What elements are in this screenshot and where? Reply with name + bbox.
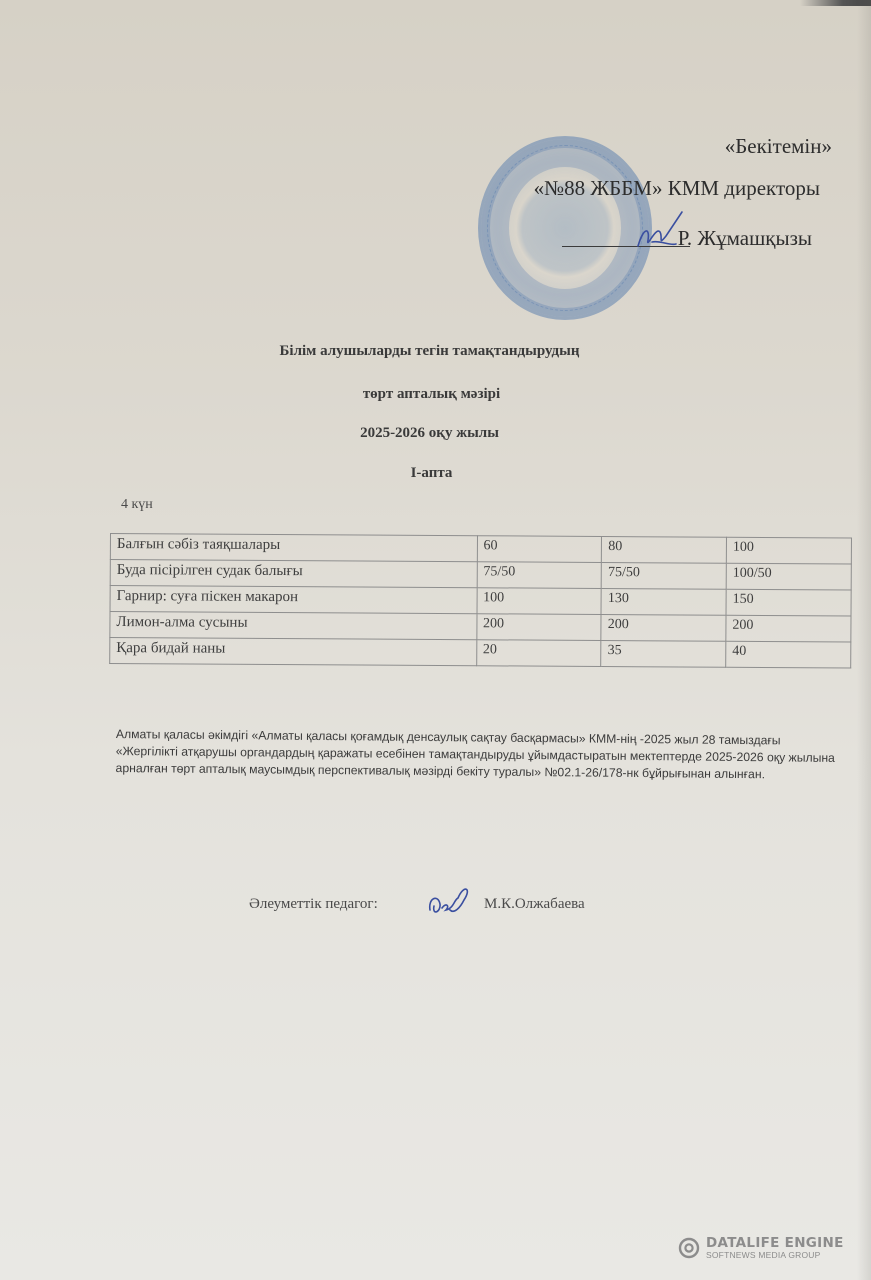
portion-cell: 100 (477, 588, 602, 615)
dish-name-cell: Гарнир: суға піскен макарон (110, 586, 477, 614)
portion-cell: 100 (726, 537, 851, 564)
day-label: 4 күн (121, 497, 153, 513)
title-line-1: Білім алушыларды тегін тамақтандырудың (0, 343, 865, 360)
director-name: Р. Жұмашқызы (678, 226, 812, 251)
portion-cell: 60 (477, 536, 602, 563)
approval-role: «№88 ЖББМ» КММ директоры (534, 176, 820, 201)
pedagog-name: М.К.Олжабаева (484, 896, 585, 913)
portion-cell: 130 (601, 589, 726, 616)
approval-block: «Бекітемін» «№88 ЖББМ» КММ директоры Р. … (470, 128, 850, 328)
portion-cell: 150 (726, 589, 851, 616)
portion-cell: 75/50 (477, 562, 602, 589)
dish-name-cell: Лимон-алма сусыны (110, 612, 477, 640)
portion-cell: 100/50 (726, 563, 851, 590)
approval-title: «Бекітемін» (725, 134, 832, 159)
watermark: DATALIFE ENGINE SOFTNEWS MEDIA GROUP (678, 1236, 844, 1260)
portion-cell: 80 (602, 537, 727, 564)
table-row: Қара бидай наны203540 (110, 638, 851, 669)
portion-cell: 200 (726, 615, 851, 642)
watermark-title: DATALIFE ENGINE (706, 1236, 844, 1250)
datalife-logo-icon (678, 1237, 700, 1259)
title-line-2: төрт апталық мәзірі (0, 386, 867, 403)
week-label: І-апта (0, 465, 867, 482)
dish-name-cell: Буда пісірілген судак балығы (110, 560, 477, 588)
academic-year: 2025-2026 оқу жылы (0, 425, 865, 442)
dish-name-cell: Балғын сәбіз таяқшалары (110, 534, 477, 562)
menu-table: Балғын сәбіз таяқшалары6080100Буда пісір… (109, 533, 852, 669)
photo-side-shade (857, 0, 871, 1280)
portion-cell: 40 (726, 641, 851, 668)
portion-cell: 200 (601, 615, 726, 642)
dish-name-cell: Қара бидай наны (110, 638, 477, 666)
portion-cell: 35 (601, 641, 726, 668)
watermark-subtitle: SOFTNEWS MEDIA GROUP (706, 1250, 844, 1260)
portion-cell: 200 (476, 614, 601, 641)
official-stamp-icon (478, 136, 652, 320)
portion-cell: 75/50 (601, 563, 726, 590)
portion-cell: 20 (476, 640, 601, 667)
source-note: Алматы қаласы әкімдігі «Алматы қаласы қо… (116, 726, 836, 784)
pedagog-role: Әлеуметтік педагог: (249, 896, 378, 913)
pedagog-signature-icon (424, 880, 476, 922)
